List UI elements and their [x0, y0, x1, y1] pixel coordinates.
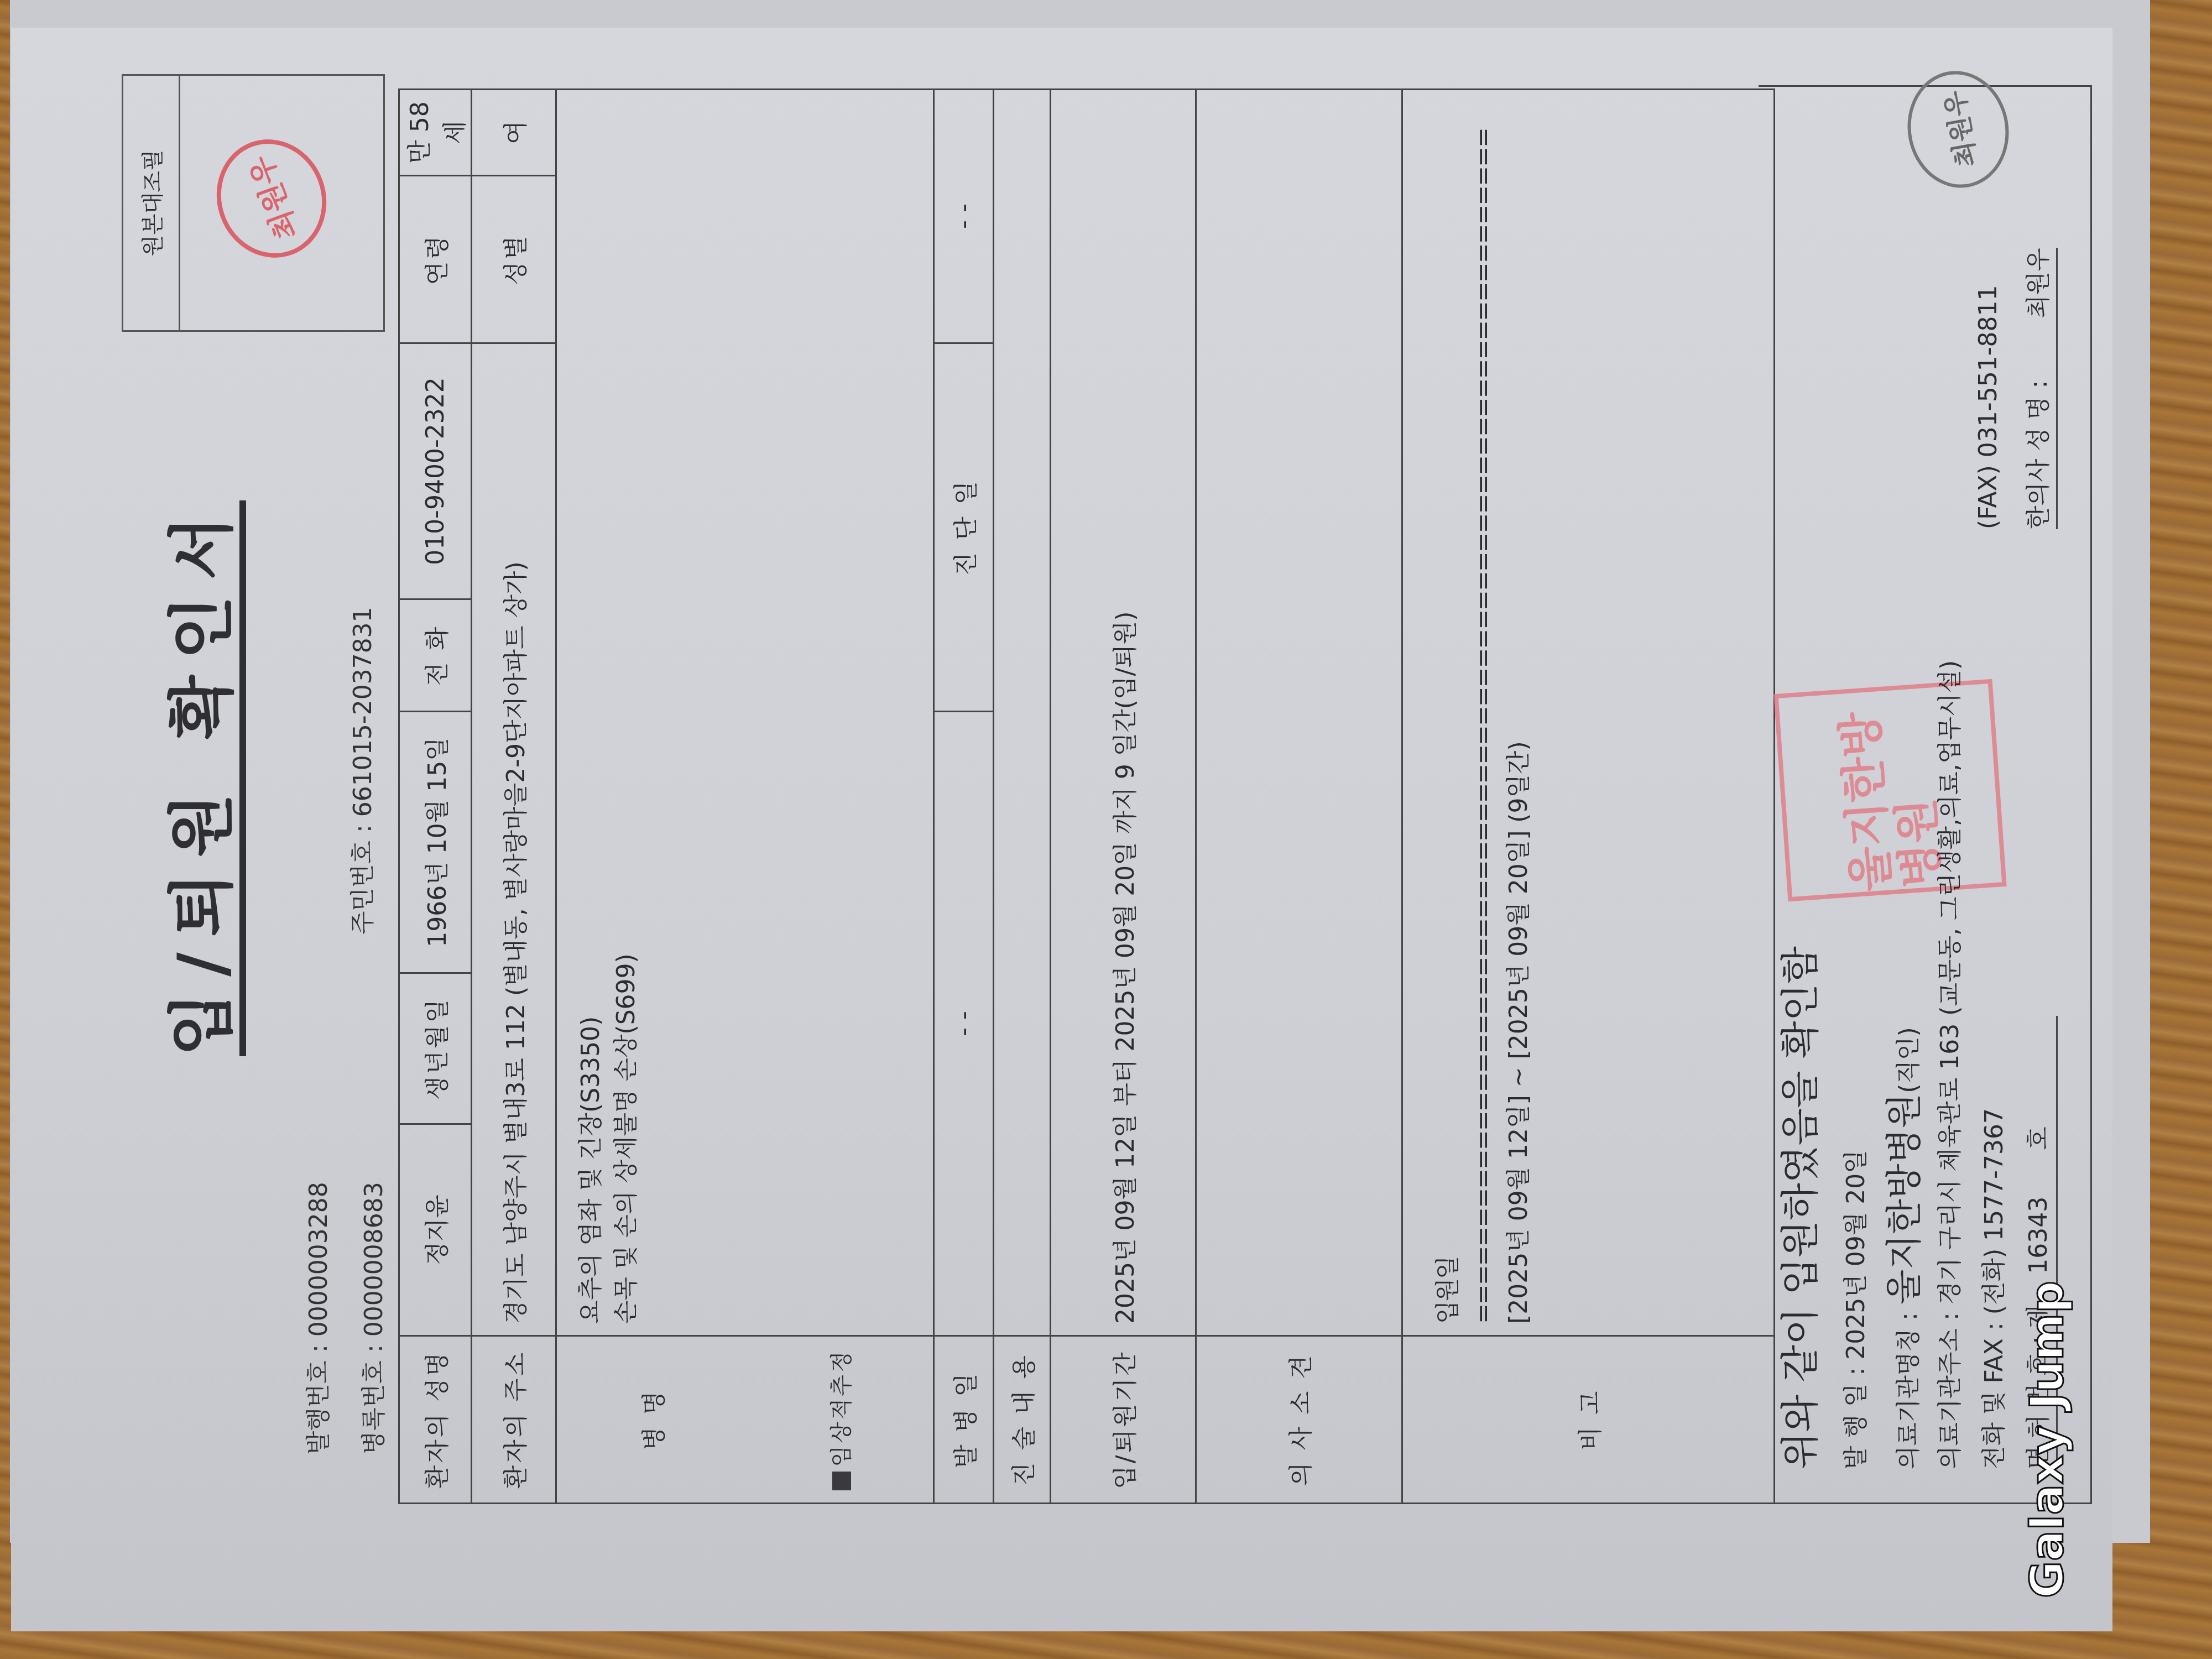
- clinical-estimate-label: 임상적추정: [824, 1349, 855, 1490]
- copy-verification-box: 원본대조필 최원우: [122, 74, 385, 332]
- issue-date: 발 행 일 : 2025년 09월 20일: [1836, 1150, 1871, 1469]
- table-row: 발 병 일 - - 진 단 일 - -: [934, 90, 994, 1504]
- diagnosis-list: 요추의 염좌 및 긴장(S3350) 손목 및 손의 상세불명 손상(S699): [556, 90, 934, 1336]
- remarks: 입원일=====================================…: [1402, 90, 1775, 1336]
- app-watermark: Galaxy Jump: [2021, 1288, 2082, 1598]
- remarks-line: 입원일=====================================…: [1431, 101, 1501, 1324]
- diagnosis-item: 손목 및 손의 상세불명 손상(S699): [609, 101, 644, 1324]
- sex-label: 성별: [472, 176, 556, 343]
- age-label: 연령: [399, 176, 472, 343]
- birth-date: 1966년 10월 15일: [399, 712, 472, 973]
- patient-info-table: 환자의 성명 정지윤 생년월일 1966년 10월 15일 전 화 010-94…: [398, 88, 1775, 1504]
- table-row: 비 고 입원일=================================…: [1402, 90, 1775, 1504]
- phone-label: 전 화: [399, 599, 472, 712]
- address-label: 환자의 주소: [472, 1336, 556, 1504]
- institution-address: 의료기관주소 : 경기 구리시 체육관로 163 (교문동, 그린생활,의료,업…: [1930, 660, 1965, 1469]
- patient-phone: 010-9400-2322: [399, 343, 472, 599]
- table-row: 환자의 주소 경기도 남양주시 별내3로 112 (별내동, 별사랑마을2-9단…: [472, 90, 556, 1504]
- admission-discharge-certificate: 입/퇴원 확인서 발행번호 : 0000003288 병록번호 : 000000…: [11, 28, 2112, 1631]
- table-row: 병 명 임상적추정 요추의 염좌 및 긴장(S3350) 손목 및 손의 상세불…: [556, 90, 934, 1504]
- institution-fax: (FAX) 031-551-8811: [1974, 285, 2002, 529]
- period-label: 입/퇴원기간: [1051, 1336, 1196, 1504]
- confirmation-statement: 위와 같이 입원하였음을 확인함: [1770, 946, 1825, 1469]
- institution-name: 의료기관명칭 : 울지한방병원(직인): [1875, 1027, 1927, 1469]
- onset-label: 발 병 일: [934, 1336, 994, 1504]
- diagnosis-date: - -: [934, 90, 994, 343]
- hospital-seal-icon: 울지한방병원: [1773, 679, 2006, 902]
- verification-stamp-icon: 최원우: [200, 124, 343, 273]
- statement-content: [994, 90, 1051, 1336]
- remarks-label: 비 고: [1402, 1336, 1775, 1504]
- onset-date: - -: [934, 712, 994, 1336]
- patient-name: 정지윤: [399, 1124, 472, 1336]
- doctor-signature: 한의사 성 명 : 최원우: [2018, 248, 2058, 529]
- institution-phone: 전화 및 FAX : (전화) 1577-7367: [1974, 1108, 2010, 1469]
- diagnosis-date-label: 진 단 일: [934, 343, 994, 712]
- statement-label: 진 술 내 용: [994, 1336, 1051, 1504]
- remarks-line: [2025년 09월 12일] ~ [2025년 09월 20일] (9일간): [1501, 101, 1537, 1324]
- resident-registration-number: 주민번호 : 661015-2037831: [343, 607, 378, 935]
- diagnosis-item: 요추의 염좌 및 긴장(S3350): [573, 101, 609, 1324]
- document-title: 입/퇴원 확인서: [149, 500, 244, 1056]
- issue-number: 발행번호 : 0000003288: [299, 1182, 334, 1454]
- record-number: 병록번호 : 0000008683: [354, 1182, 389, 1454]
- name-label: 환자의 성명: [399, 1336, 472, 1504]
- patient-age: 만 58 세: [399, 90, 472, 176]
- copy-verification-label: 원본대조필: [123, 76, 180, 330]
- table-row: 의 사 소 견: [1196, 90, 1402, 1504]
- table-row: 환자의 성명 정지윤 생년월일 1966년 10월 15일 전 화 010-94…: [399, 90, 472, 1504]
- diagnosis-label: 병 명: [634, 1389, 670, 1451]
- hospitalization-period: 2025년 09월 12일 부터 2025년 09월 20일 까지 9 일간(입…: [1051, 90, 1196, 1336]
- diagnosis-label-cell: 병 명 임상적추정: [556, 1336, 934, 1504]
- doctor-opinion-label: 의 사 소 견: [1196, 1336, 1402, 1504]
- table-row: 입/퇴원기간 2025년 09월 12일 부터 2025년 09월 20일 까지…: [1051, 90, 1196, 1504]
- patient-sex: 여: [472, 90, 556, 176]
- doctor-opinion: [1196, 90, 1402, 1336]
- patient-address: 경기도 남양주시 별내3로 112 (별내동, 별사랑마을2-9단지아파트 상가…: [472, 343, 556, 1336]
- birth-label: 생년월일: [399, 973, 472, 1124]
- table-row: 진 술 내 용: [994, 90, 1051, 1504]
